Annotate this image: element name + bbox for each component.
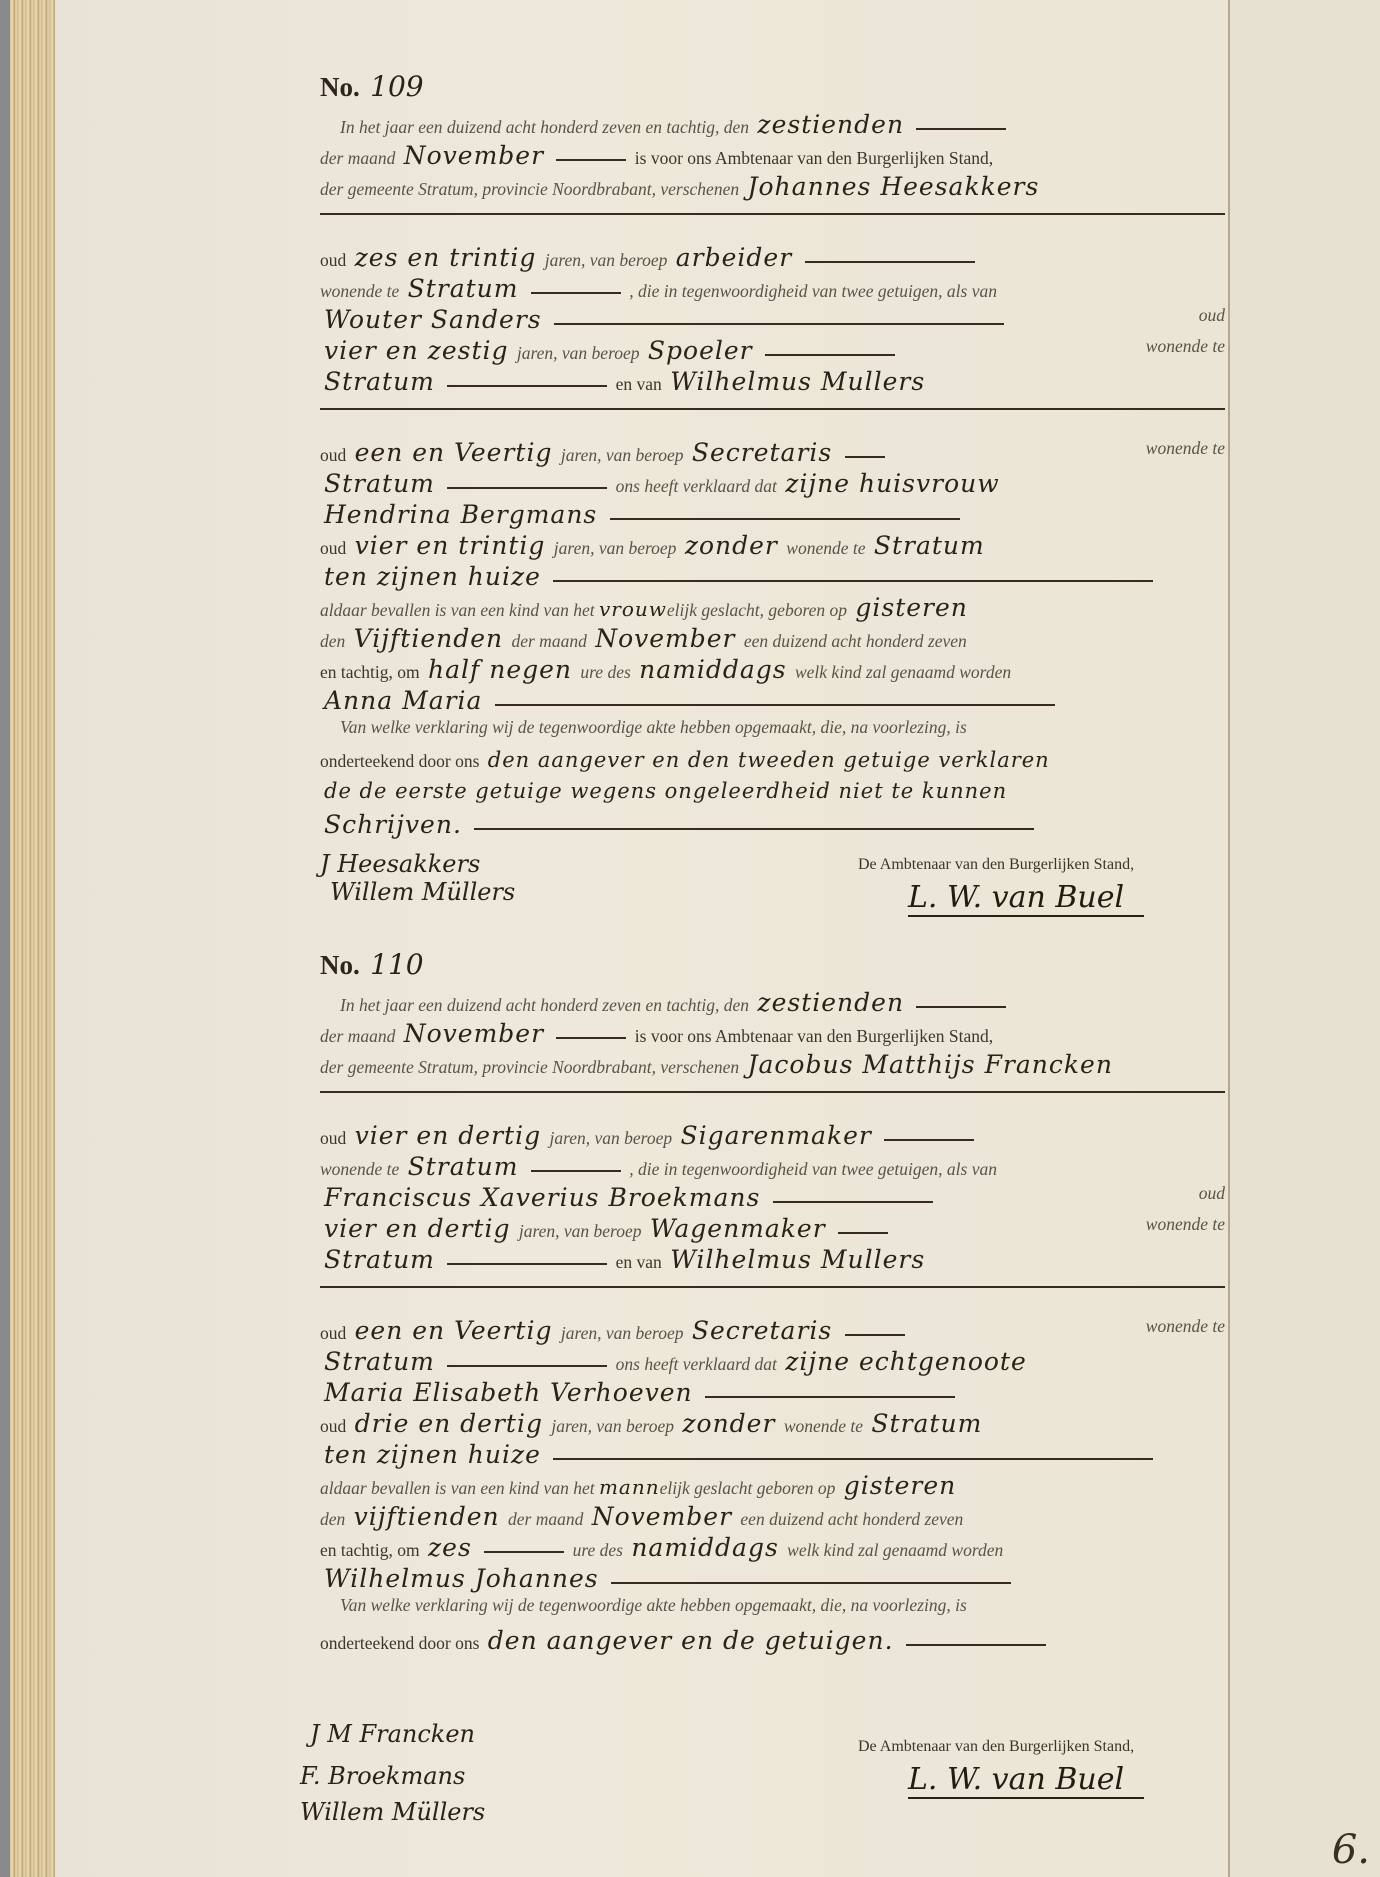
- den-text: den: [320, 1509, 345, 1529]
- mother-name: Maria Elisabeth Verhoeven: [320, 1378, 697, 1407]
- fill-line: [838, 1232, 888, 1234]
- signatures-110: J M Francken F. Broekmans Willem Müllers: [300, 1720, 485, 1826]
- oud-label: oud: [320, 445, 346, 465]
- fill-line: [320, 213, 1225, 215]
- fill-line: [320, 1286, 1225, 1288]
- fill-line: [447, 1263, 607, 1265]
- fill-line: [553, 1458, 1153, 1460]
- month-label: der maand: [320, 1026, 395, 1046]
- witness1-age: vier en dertig: [320, 1214, 514, 1243]
- signature-witness: Willem Müllers: [330, 878, 515, 906]
- fill-line: [611, 1582, 1011, 1584]
- fill-line: [484, 1551, 564, 1553]
- oud-label: oud: [320, 1323, 346, 1343]
- fill-line: [553, 580, 1153, 582]
- record-number: 109: [370, 70, 423, 103]
- jaren-beroep-text: jaren, van beroep: [549, 1128, 672, 1148]
- facing-page: 6.: [1230, 0, 1380, 1877]
- signed-by-continued: de de eerste getuige wegens ongeleerdhei…: [320, 779, 1011, 803]
- intro-text: In het jaar een duizend acht honderd zev…: [340, 117, 749, 137]
- closing-text: Van welke verklaring wij de tegenwoordig…: [340, 717, 967, 737]
- geslacht-text: elijk geslacht, geboren op: [667, 600, 847, 620]
- witness1-residence: Stratum: [320, 1245, 439, 1274]
- fill-line: [845, 456, 885, 458]
- fill-line: [447, 385, 607, 387]
- fill-line: [884, 1139, 974, 1141]
- witness1-occupation: Spoeler: [644, 336, 757, 365]
- witness2-age: een en Veertig: [351, 1316, 557, 1345]
- birth-day: vijftienden: [350, 1502, 504, 1531]
- fill-line: [610, 518, 960, 520]
- mother-name: Hendrina Bergmans: [320, 500, 601, 529]
- official-signature: L. W. van Buel: [908, 1762, 1144, 1799]
- child-sex: vrouw: [599, 597, 667, 621]
- fill-line: [320, 1091, 1225, 1093]
- birth-record-110: No. 110 In het jaar een duizend acht hon…: [320, 948, 1225, 1657]
- relation: zijne echtgenoote: [781, 1347, 1031, 1376]
- fill-line: [531, 1170, 621, 1172]
- birth-month: November: [591, 624, 739, 653]
- jaren-beroep-text: jaren, van beroep: [545, 250, 668, 270]
- year-text: een duizend acht honderd zeven: [744, 631, 967, 651]
- wonende-te-text: wonende te: [784, 1416, 863, 1436]
- official-block-109: De Ambtenaar van den Burgerlijken Stand,…: [858, 856, 1144, 917]
- fill-line: [474, 828, 1034, 830]
- genaamd-text: welk kind zal genaamd worden: [787, 1540, 1003, 1560]
- bevallen-text: aldaar bevallen is van een kind van het: [320, 600, 595, 620]
- fill-line: [531, 292, 621, 294]
- signature-declarant: J Heesakkers: [320, 850, 515, 878]
- birth-hour: half negen: [424, 655, 576, 684]
- witness2-occupation: Secretaris: [688, 1316, 836, 1345]
- fill-line: [773, 1201, 933, 1203]
- den-text: den: [320, 631, 345, 651]
- mother-age: drie en dertig: [351, 1409, 547, 1438]
- fill-line: [447, 1365, 607, 1367]
- year-text: een duizend acht honderd zeven: [740, 1509, 963, 1529]
- fill-line: [447, 487, 607, 489]
- birth-daypart: namiddags: [627, 1533, 782, 1562]
- fill-line: [906, 1644, 1046, 1646]
- municipality-text: der gemeente Stratum, provincie Noordbra…: [320, 179, 739, 199]
- genaamd-text: welk kind zal genaamd worden: [795, 662, 1011, 682]
- signature-declarant: J M Francken: [310, 1720, 485, 1748]
- wonende-te-text: wonende te: [320, 281, 399, 301]
- en-van-text: en van: [616, 1252, 662, 1272]
- relation: zijne huisvrouw: [781, 469, 1003, 498]
- ure-des-text: ure des: [580, 662, 630, 682]
- oud-label: oud: [1199, 305, 1225, 326]
- witness1-age: vier en zestig: [320, 336, 513, 365]
- mother-residence: Stratum: [870, 531, 989, 560]
- oud-label: oud: [320, 1416, 346, 1436]
- witnesses-text: , die in tegenwoordigheid van twee getui…: [629, 1159, 997, 1179]
- fill-line: [916, 128, 1006, 130]
- birth-hour: zes: [424, 1533, 476, 1562]
- jaren-beroep-text: jaren, van beroep: [561, 1323, 684, 1343]
- birth-day-relative: gisteren: [840, 1471, 961, 1500]
- declarant-name: Jacobus Matthijs Francken: [743, 1050, 1116, 1079]
- registration-month: November: [400, 141, 548, 170]
- wonende-te-text: wonende te: [786, 538, 865, 558]
- birth-day-relative: gisteren: [851, 593, 972, 622]
- intro-text: In het jaar een duizend acht honderd zev…: [340, 995, 749, 1015]
- record-number-label: No.: [320, 72, 360, 102]
- record-number: 110: [370, 948, 423, 981]
- official-title: De Ambtenaar van den Burgerlijken Stand,: [858, 1738, 1144, 1756]
- witness2-occupation: Secretaris: [688, 438, 836, 467]
- declarant-occupation: arbeider: [672, 243, 796, 272]
- signed-by-end: Schrijven.: [320, 810, 466, 839]
- oud-label: oud: [320, 1128, 346, 1148]
- jaren-beroep-text: jaren, van beroep: [519, 1221, 642, 1241]
- witness2-name: Wilhelmus Mullers: [666, 1245, 929, 1274]
- en-tachtig-om-text: en tachtig, om: [320, 662, 420, 682]
- witness2-residence: Stratum: [320, 469, 439, 498]
- registration-month: November: [400, 1019, 548, 1048]
- mother-age: vier en trintig: [351, 531, 550, 560]
- signature-witness-1: F. Broekmans: [300, 1762, 485, 1790]
- wonende-te-text: wonende te: [1146, 1316, 1225, 1337]
- wonende-te-text: wonende te: [320, 1159, 399, 1179]
- official-title: De Ambtenaar van den Burgerlijken Stand,: [858, 856, 1144, 874]
- birth-record-109: No. 109 In het jaar een duizend acht hon…: [320, 70, 1225, 841]
- wonende-te-text: wonende te: [1146, 438, 1225, 459]
- birth-day: Vijftienden: [350, 624, 507, 653]
- jaren-beroep-text: jaren, van beroep: [561, 445, 684, 465]
- birth-place: ten zijnen huize: [320, 1440, 545, 1469]
- jaren-beroep-text: jaren, van beroep: [551, 1416, 674, 1436]
- declarant-occupation: Sigarenmaker: [676, 1121, 875, 1150]
- birth-daypart: namiddags: [635, 655, 790, 684]
- fill-line: [556, 159, 626, 161]
- registration-day: zestienden: [753, 110, 908, 139]
- signed-by-label: onderteekend door ons: [320, 1633, 479, 1653]
- en-tachtig-om-text: en tachtig, om: [320, 1540, 420, 1560]
- wonende-te-text: wonende te: [1146, 1214, 1225, 1235]
- bevallen-text: aldaar bevallen is van een kind van het: [320, 1478, 595, 1498]
- fill-line: [765, 354, 895, 356]
- jaren-beroep-text: jaren, van beroep: [517, 343, 640, 363]
- child-name: Wilhelmus Johannes: [320, 1564, 603, 1593]
- closing-text: Van welke verklaring wij de tegenwoordig…: [340, 1595, 967, 1615]
- geslacht-text: elijk geslacht geboren op: [660, 1478, 836, 1498]
- fill-line: [556, 1037, 626, 1039]
- declarant-age: vier en dertig: [351, 1121, 545, 1150]
- month-label: der maand: [508, 1509, 583, 1529]
- fill-line: [916, 1006, 1006, 1008]
- official-signature: L. W. van Buel: [908, 880, 1144, 917]
- book-page-edges: [10, 0, 56, 1877]
- fill-line: [554, 323, 1004, 325]
- signature-witness-2: Willem Müllers: [300, 1798, 485, 1826]
- municipality-text: der gemeente Stratum, provincie Noordbra…: [320, 1057, 739, 1077]
- month-label: der maand: [320, 148, 395, 168]
- wonende-te-text: wonende te: [1146, 336, 1225, 357]
- mother-occupation: zonder: [681, 531, 782, 560]
- declarant-name: Johannes Heesakkers: [743, 172, 1043, 201]
- birth-month: November: [588, 1502, 736, 1531]
- witness2-name: Wilhelmus Mullers: [666, 367, 929, 396]
- mother-residence: Stratum: [867, 1409, 986, 1438]
- declarant-age: zes en trintig: [351, 243, 541, 272]
- facing-page-mark: 6.: [1332, 1827, 1370, 1873]
- ure-des-text: ure des: [573, 1540, 623, 1560]
- fill-line: [495, 704, 1055, 706]
- fill-line: [805, 261, 975, 263]
- oud-label: oud: [1199, 1183, 1225, 1204]
- en-van-text: en van: [616, 374, 662, 394]
- month-label: der maand: [511, 631, 586, 651]
- official-block-110: De Ambtenaar van den Burgerlijken Stand,…: [858, 1738, 1144, 1799]
- fill-line: [845, 1334, 905, 1336]
- signatures-109: J Heesakkers Willem Müllers: [320, 850, 515, 906]
- witnesses-text: , die in tegenwoordigheid van twee getui…: [629, 281, 997, 301]
- registration-day: zestienden: [753, 988, 908, 1017]
- witness2-residence: Stratum: [320, 1347, 439, 1376]
- declarant-residence: Stratum: [404, 274, 523, 303]
- child-name: Anna Maria: [320, 686, 486, 715]
- fill-line: [320, 408, 1225, 410]
- oud-label: oud: [320, 538, 346, 558]
- record-number-label: No.: [320, 950, 360, 980]
- oud-label: oud: [320, 250, 346, 270]
- fill-line: [705, 1396, 955, 1398]
- signed-by: den aangever en den tweeden getuige verk…: [484, 748, 1054, 772]
- jaren-beroep-text: jaren, van beroep: [554, 538, 677, 558]
- verklaard-text: ons heeft verklaard dat: [616, 1354, 777, 1374]
- birth-place: ten zijnen huize: [320, 562, 545, 591]
- witness1-name: Wouter Sanders: [320, 305, 546, 334]
- witness1-residence: Stratum: [320, 367, 439, 396]
- witness2-age: een en Veertig: [351, 438, 557, 467]
- declarant-residence: Stratum: [404, 1152, 523, 1181]
- verklaard-text: ons heeft verklaard dat: [616, 476, 777, 496]
- witness1-name: Franciscus Xaverius Broekmans: [320, 1183, 764, 1212]
- child-sex: mann: [599, 1475, 660, 1499]
- official-text: is voor ons Ambtenaar van den Burgerlijk…: [635, 148, 993, 168]
- mother-occupation: zonder: [678, 1409, 779, 1438]
- signed-by-label: onderteekend door ons: [320, 751, 479, 771]
- witness1-occupation: Wagenmaker: [646, 1214, 830, 1243]
- signed-by: den aangever en de getuigen.: [484, 1626, 898, 1655]
- official-text: is voor ons Ambtenaar van den Burgerlijk…: [635, 1026, 993, 1046]
